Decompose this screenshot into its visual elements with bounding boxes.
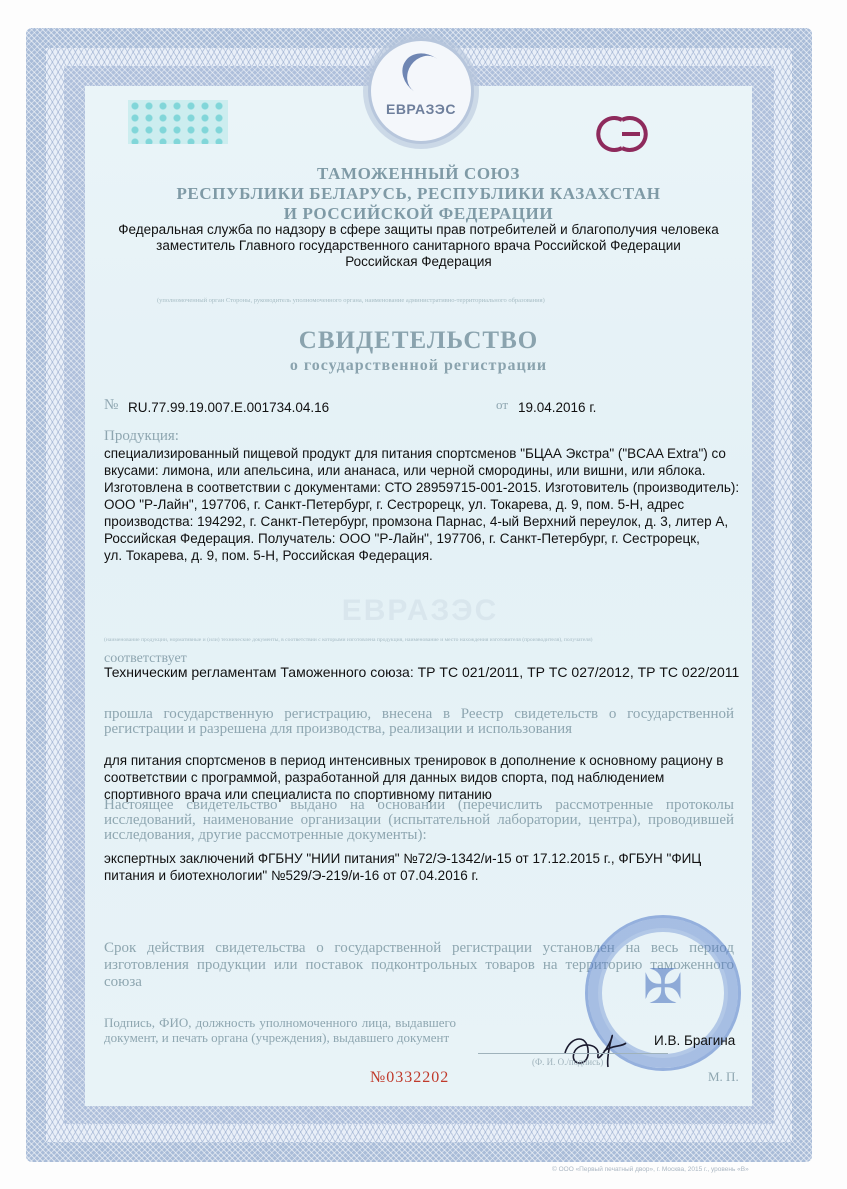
product-line: специализированный пищевой продукт для п… <box>104 445 744 462</box>
authority-line: Федеральная служба по надзору в сфере за… <box>85 222 752 238</box>
registration-statement: прошла государственную регистрацию, внес… <box>104 707 734 737</box>
usage-line: для питания спортсменов в период интенси… <box>104 752 744 769</box>
basis-label: Настоящее свидетельство выдано на основа… <box>104 798 734 843</box>
authority-caption: (уполномоченный орган Стороны, руководит… <box>157 297 545 304</box>
union-title-line: РЕСПУБЛИКИ БЕЛАРУСЬ, РЕСПУБЛИКИ КАЗАХСТА… <box>85 184 752 204</box>
seal-label: М. П. <box>708 1069 739 1085</box>
watermark-text: ЕВРАЗЭС <box>290 594 550 628</box>
number-label: № <box>104 397 118 414</box>
eurasec-watermark: ЕВРАЗЭС <box>290 540 550 640</box>
signature-label: Подпись, ФИО, должность уполномоченного … <box>104 1015 456 1045</box>
usage-description: для питания спортсменов в период интенси… <box>104 752 744 803</box>
printer-note: © ООО «Первый печатный двор», г. Москва,… <box>552 1166 749 1173</box>
registration-date: 19.04.2016 г. <box>518 399 596 416</box>
basis-documents: экспертных заключений ФГБНУ "НИИ питания… <box>104 850 744 884</box>
date-label: от <box>496 397 508 413</box>
union-title-line: ТАМОЖЕННЫЙ СОЮЗ <box>85 164 752 184</box>
hologram-icon <box>128 100 228 144</box>
product-line: ООО "Р-Лайн", 197706, г. Санкт-Петербург… <box>104 496 744 513</box>
eurasec-logo-icon <box>394 45 457 106</box>
basis-line: питания и биотехнологии" №529/Э-219/и-16… <box>104 867 744 884</box>
double-headed-eagle-icon: ✠ <box>633 958 693 1018</box>
product-line: вкусами: лимона, или апельсина, или анан… <box>104 462 744 479</box>
registration-number: RU.77.99.19.007.E.001734.04.16 <box>128 399 329 416</box>
usage-line: соответствии с программой, разработанной… <box>104 769 744 786</box>
document-title: СВИДЕТЕЛЬСТВО <box>85 327 752 355</box>
signer-name: И.В. Брагина <box>654 1033 735 1048</box>
basis-line: экспертных заключений ФГБНУ "НИИ питания… <box>104 850 744 867</box>
product-caption: (наименование продукции, нормативные и (… <box>104 637 593 643</box>
eurasec-emblem: ЕВРАЗЭС <box>368 38 474 144</box>
form-serial-number: №0332202 <box>370 1069 449 1087</box>
compliance-value: Техническим регламентам Таможенного союз… <box>104 664 739 681</box>
product-line: производства: 194292, г. Санкт-Петербург… <box>104 513 744 530</box>
emblem-label: ЕВРАЗЭС <box>371 101 471 117</box>
union-title-line: И РОССИЙСКОЙ ФЕДЕРАЦИИ <box>85 204 752 224</box>
conformity-mark-icon <box>592 112 662 156</box>
product-label: Продукция: <box>104 428 179 445</box>
customs-union-title: ТАМОЖЕННЫЙ СОЮЗ РЕСПУБЛИКИ БЕЛАРУСЬ, РЕС… <box>85 164 752 224</box>
name-caption: (Ф. И. О./подпись) <box>532 1057 603 1067</box>
signature-line <box>478 1053 668 1054</box>
authority-line: Российская Федерация <box>85 254 752 270</box>
product-line: Изготовлена в соответствии с документами… <box>104 479 744 496</box>
document-subtitle: о государственной регистрации <box>85 357 752 375</box>
authority-line: заместитель Главного государственного са… <box>85 238 752 254</box>
issuing-authority: Федеральная служба по надзору в сфере за… <box>85 222 752 270</box>
